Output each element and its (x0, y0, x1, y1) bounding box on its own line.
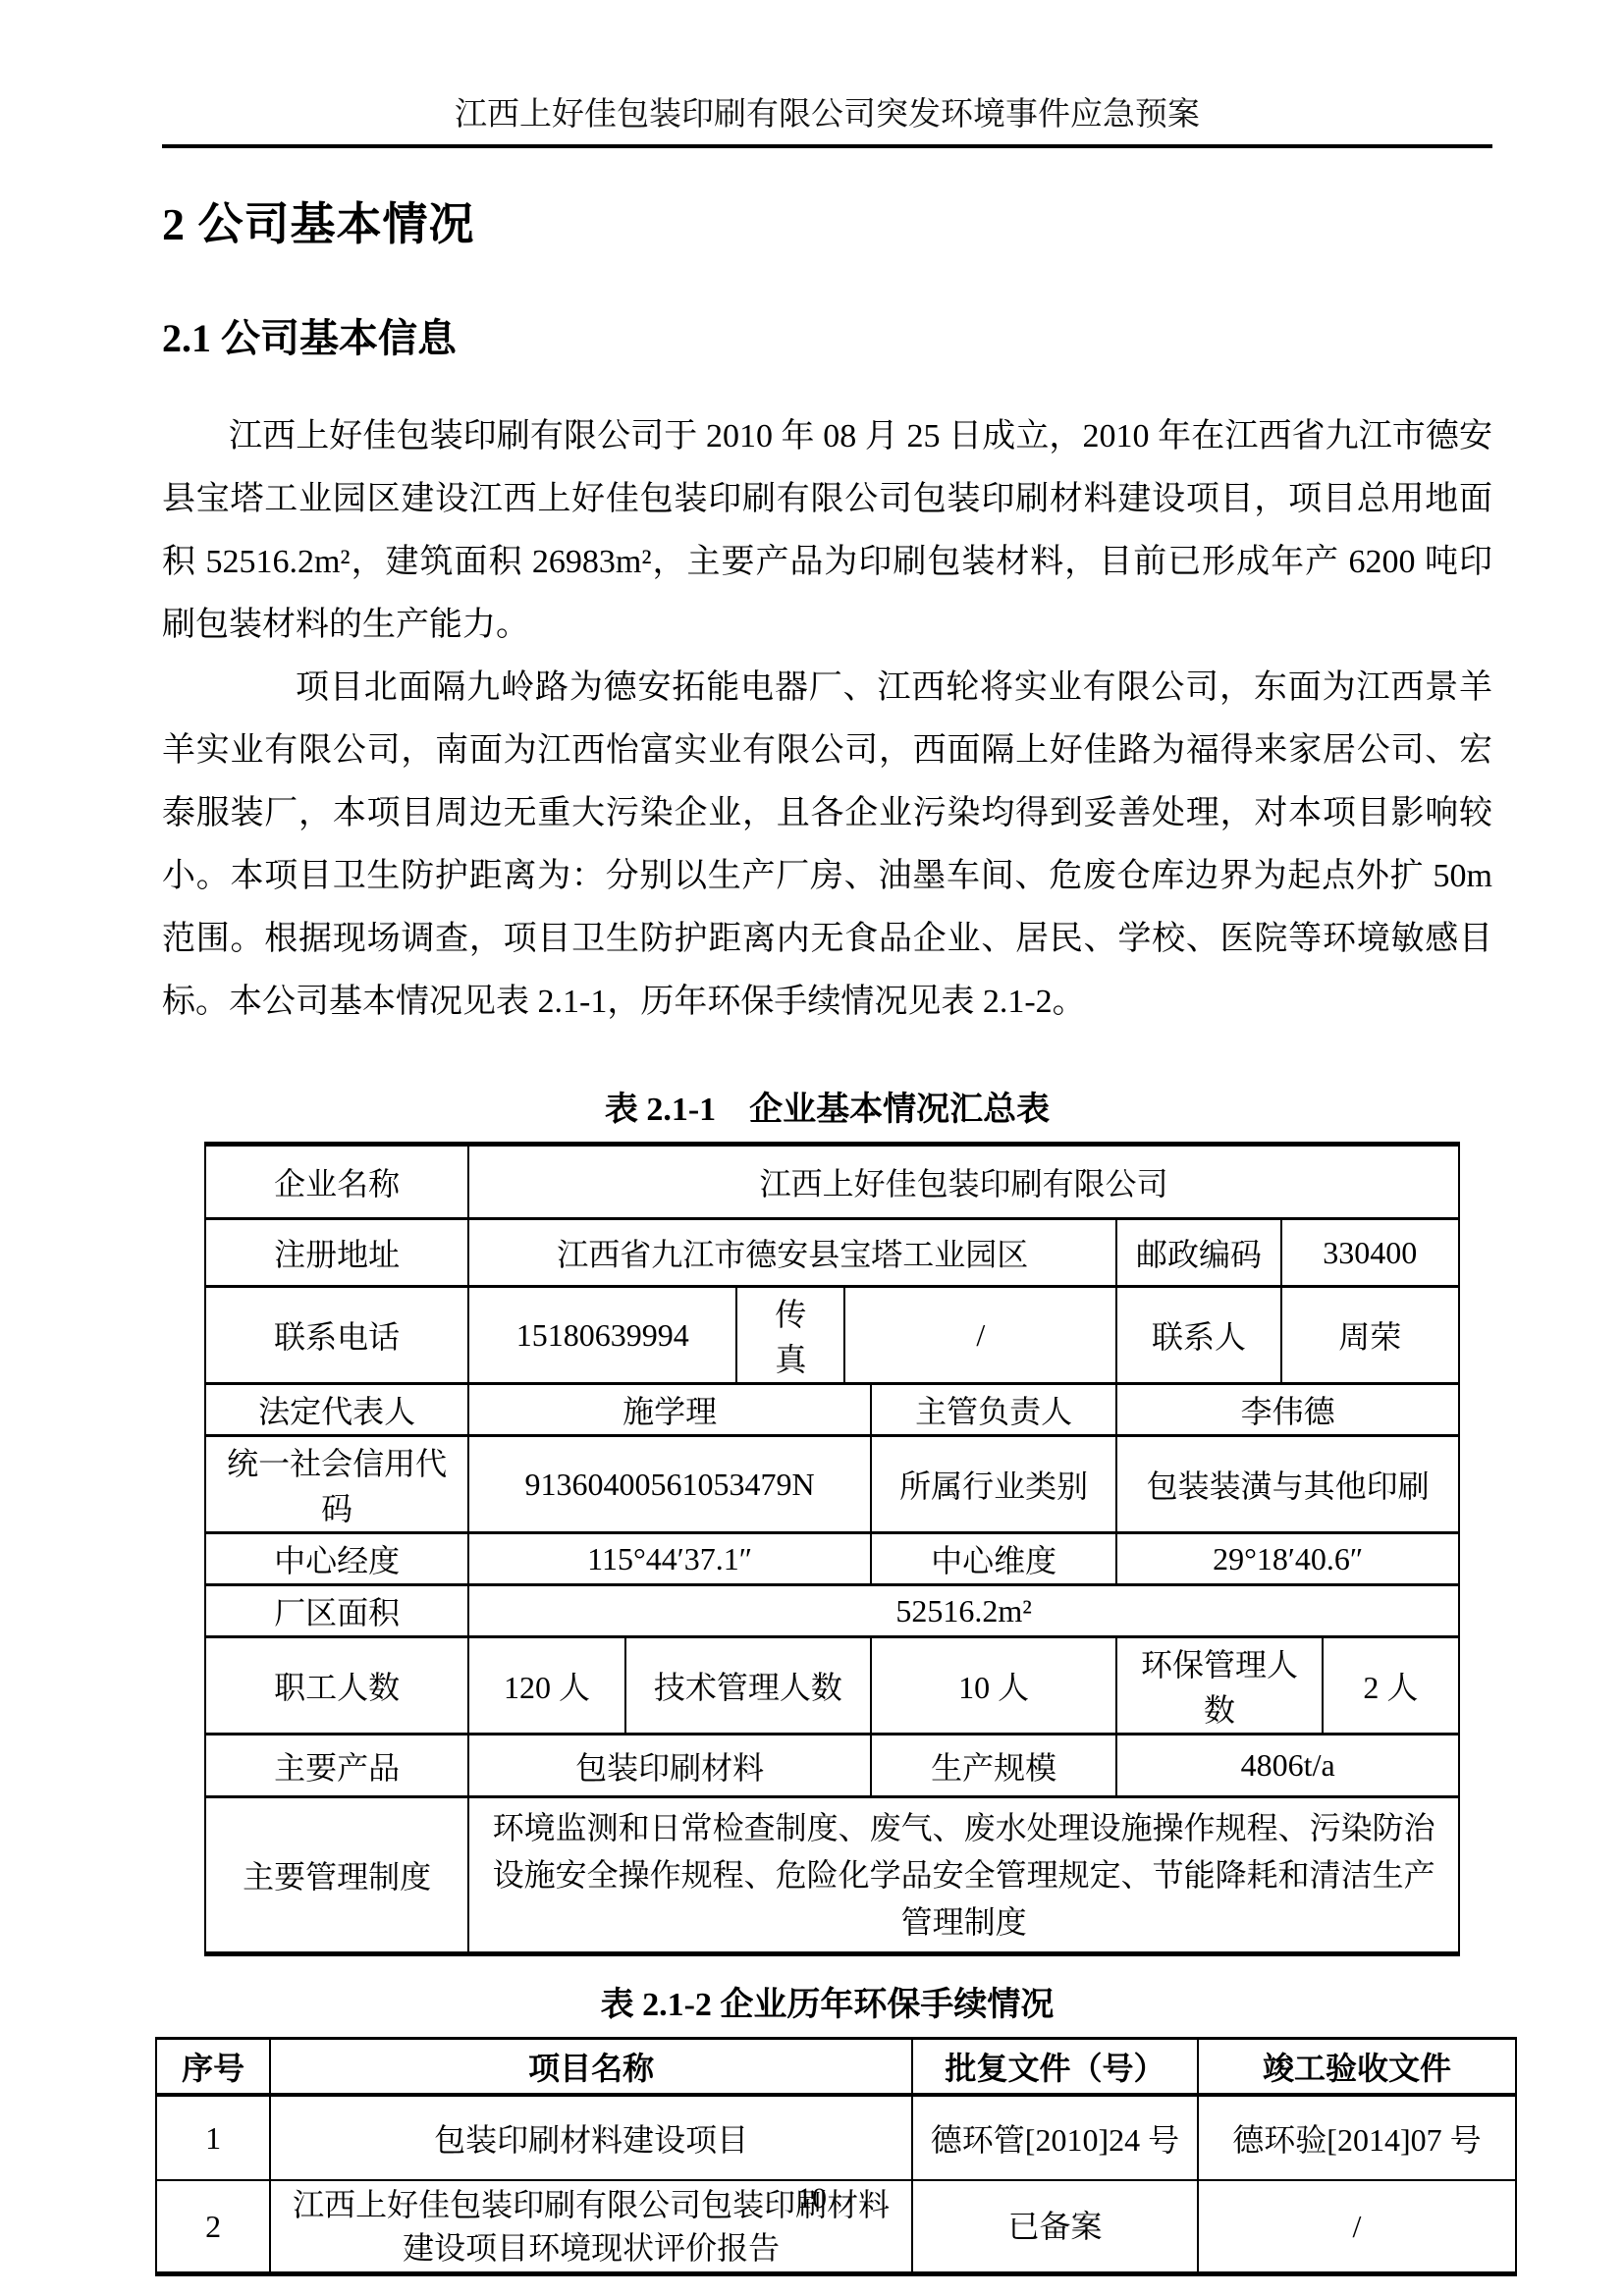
table-label-cell: 技术管理人数 (625, 1637, 871, 1735)
table-label-cell: 统一社会信用代码 (205, 1436, 468, 1533)
environmental-permits-table: 序号 项目名称 批复文件（号） 竣工验收文件 1 包装印刷材料建设项目 德环管[… (155, 2037, 1517, 2276)
table-cell: 包装装潢与其他印刷 (1116, 1436, 1459, 1533)
table-cell: 包装印刷材料 (468, 1735, 871, 1797)
page-header-title: 江西上好佳包装印刷有限公司突发环境事件应急预案 (455, 97, 1200, 133)
table-header-cell: 竣工验收文件 (1198, 2039, 1516, 2096)
table-cell: 15180639994 (468, 1287, 736, 1384)
table-header-cell: 批复文件（号） (912, 2039, 1198, 2096)
header-rule (162, 144, 1492, 148)
table-cell: 52516.2m² (468, 1585, 1459, 1637)
table-cell: 江西上好佳包装印刷有限公司 (468, 1145, 1459, 1219)
table-label-cell: 所属行业类别 (871, 1436, 1116, 1533)
table-row: 1 包装印刷材料建设项目 德环管[2010]24 号 德环验[2014]07 号 (156, 2095, 1516, 2180)
table-cell: / (844, 1287, 1116, 1384)
table-cell: 4806t/a (1116, 1735, 1459, 1797)
table-cell: 330400 (1281, 1219, 1459, 1287)
table-cell: 德环管[2010]24 号 (912, 2095, 1198, 2180)
table-cell: 环境监测和日常检查制度、废气、废水处理设施操作规程、污染防治设施安全操作规程、危… (468, 1797, 1459, 1954)
document-page: 江西上好佳包装印刷有限公司突发环境事件应急预案 2 公司基本情况 2.1 公司基… (0, 0, 1624, 2296)
table-cell: 1 (156, 2095, 270, 2180)
table-header-cell: 序号 (156, 2039, 270, 2096)
table-row: 职工人数 120 人 技术管理人数 10 人 环保管理人数 2 人 (205, 1637, 1459, 1735)
subsection-heading: 2.1 公司基本信息 (162, 311, 1492, 366)
page-number: 10 (0, 2182, 1624, 2216)
table-cell: 10 人 (871, 1637, 1116, 1735)
table-label-cell: 企业名称 (205, 1145, 468, 1219)
table-row: 统一社会信用代码 91360400561053479N 所属行业类别 包装装潢与… (205, 1436, 1459, 1533)
table2-caption: 表 2.1-2 企业历年环保手续情况 (162, 1982, 1492, 2029)
table-cell: 2 人 (1323, 1637, 1459, 1735)
paragraph-surroundings: 项目北面隔九岭路为德安拓能电器厂、江西轮将实业有限公司，东面为江西景羊羊实业有限… (162, 657, 1492, 1034)
table1-caption: 表 2.1-1 企业基本情况汇总表 (162, 1087, 1492, 1134)
table-row: 企业名称 江西上好佳包装印刷有限公司 (205, 1145, 1459, 1219)
table-cell: 施学理 (468, 1384, 871, 1436)
table-label-cell: 环保管理人数 (1116, 1637, 1322, 1735)
table-cell: 115°44′37.1″ (468, 1533, 871, 1585)
table-label-cell: 中心经度 (205, 1533, 468, 1585)
paragraph-company-intro: 江西上好佳包装印刷有限公司于 2010 年 08 月 25 日成立，2010 年… (162, 405, 1492, 657)
company-info-table: 企业名称 江西上好佳包装印刷有限公司 注册地址 江西省九江市德安县宝塔工业园区 … (204, 1142, 1460, 1956)
table-row: 主要管理制度 环境监测和日常检查制度、废气、废水处理设施操作规程、污染防治设施安… (205, 1797, 1459, 1954)
table-label-cell: 注册地址 (205, 1219, 468, 1287)
table-label-cell: 法定代表人 (205, 1384, 468, 1436)
table-cell: 李伟德 (1116, 1384, 1459, 1436)
table-label-cell: 生产规模 (871, 1735, 1116, 1797)
table-label-cell: 厂区面积 (205, 1585, 468, 1637)
table-row: 联系电话 15180639994 传 真 / 联系人 周荣 (205, 1287, 1459, 1384)
section-heading: 2 公司基本情况 (162, 193, 1492, 256)
table-label-cell: 传 真 (736, 1287, 844, 1384)
table-cell: 91360400561053479N (468, 1436, 871, 1533)
table-cell: 周荣 (1281, 1287, 1459, 1384)
table-label-cell: 主管负责人 (871, 1384, 1116, 1436)
table-header-cell: 项目名称 (270, 2039, 912, 2096)
table-row: 主要产品 包装印刷材料 生产规模 4806t/a (205, 1735, 1459, 1797)
table-label-cell: 联系人 (1116, 1287, 1280, 1384)
page-header: 江西上好佳包装印刷有限公司突发环境事件应急预案 (162, 93, 1492, 136)
table-cell: 德环验[2014]07 号 (1198, 2095, 1516, 2180)
table-label-cell: 职工人数 (205, 1637, 468, 1735)
table-row: 注册地址 江西省九江市德安县宝塔工业园区 邮政编码 330400 (205, 1219, 1459, 1287)
table-cell: 120 人 (468, 1637, 625, 1735)
table-row: 厂区面积 52516.2m² (205, 1585, 1459, 1637)
table-cell: 包装印刷材料建设项目 (270, 2095, 912, 2180)
table-label-cell: 主要管理制度 (205, 1797, 468, 1954)
table-row: 法定代表人 施学理 主管负责人 李伟德 (205, 1384, 1459, 1436)
table-header-row: 序号 项目名称 批复文件（号） 竣工验收文件 (156, 2039, 1516, 2096)
table-label-cell: 邮政编码 (1116, 1219, 1280, 1287)
table-row: 中心经度 115°44′37.1″ 中心维度 29°18′40.6″ (205, 1533, 1459, 1585)
table-label-cell: 主要产品 (205, 1735, 468, 1797)
table-label-cell: 联系电话 (205, 1287, 468, 1384)
table-cell: 29°18′40.6″ (1116, 1533, 1459, 1585)
table-label-cell: 中心维度 (871, 1533, 1116, 1585)
table-cell: 江西省九江市德安县宝塔工业园区 (468, 1219, 1116, 1287)
